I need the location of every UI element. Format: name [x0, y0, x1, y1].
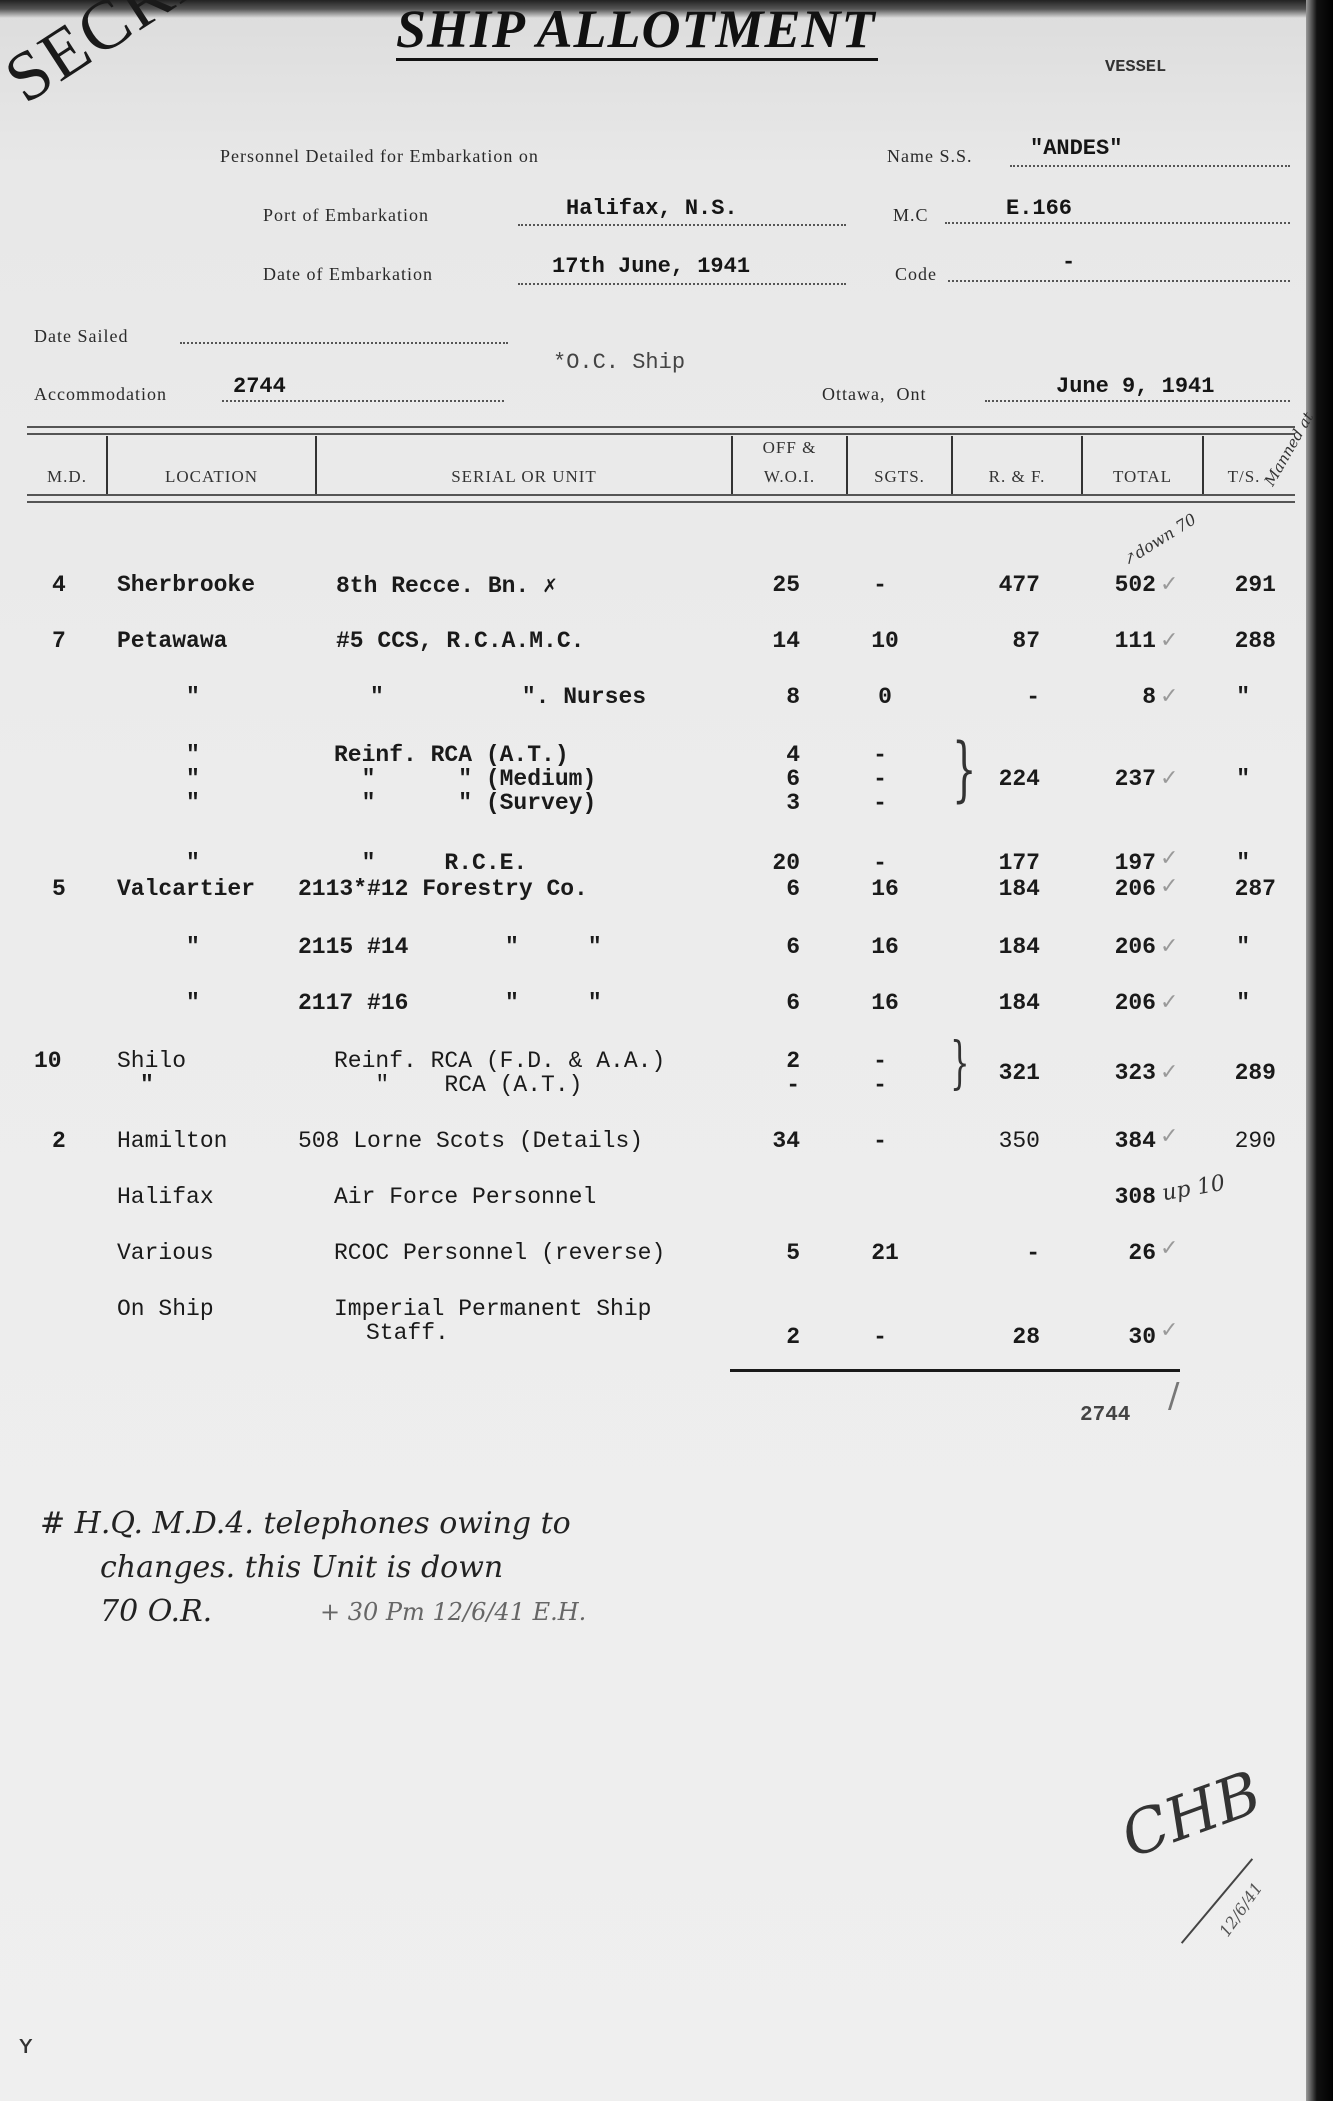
header-off-line2: W.O.I.: [733, 467, 846, 487]
cell-location: ": [186, 990, 200, 1016]
header-unit: SERIAL OR UNIT: [317, 467, 731, 487]
cell-sgts: -: [860, 1048, 900, 1074]
check-mark-icon: /: [1168, 1376, 1179, 1416]
header-off-line1: OFF &: [733, 438, 846, 458]
cell-sgts: 21: [860, 1240, 910, 1266]
cell-location: Valcartier: [117, 876, 255, 902]
cell-location: ": [186, 934, 200, 960]
cell-off: 3: [740, 790, 800, 816]
note-line: changes. this Unit is down: [100, 1550, 503, 1585]
cell-rf: 321: [960, 1060, 1040, 1086]
cell-off: 6: [740, 766, 800, 792]
scan-mark: ʏ: [18, 2030, 34, 2060]
header-sgts: SGTS.: [848, 467, 951, 487]
port-value: Halifax, N.S.: [566, 196, 738, 221]
code-dotline: [948, 280, 1290, 282]
cell-total: 206: [1080, 990, 1156, 1016]
grand-total: 2744: [1080, 1404, 1130, 1427]
cell-ts: 287: [1200, 876, 1276, 902]
cell-rf: 477: [960, 572, 1040, 598]
cell-off: 6: [740, 990, 800, 1016]
cell-total: 384: [1080, 1128, 1156, 1154]
cell-ts: ": [1200, 766, 1250, 792]
cell-ts: 289: [1200, 1060, 1276, 1086]
check-mark-icon: ✓: [1160, 1124, 1178, 1149]
note-line: + 30 Pm 12/6/41 E.H.: [320, 1598, 586, 1626]
header-location: LOCATION: [108, 467, 315, 487]
cell-location: Various: [117, 1240, 214, 1266]
cell-sgts: -: [860, 742, 900, 768]
date-embarkation-label: Date of Embarkation: [263, 264, 433, 285]
cell-unit: 8th Recce. Bn. ✗: [336, 572, 557, 599]
port-dotline: [518, 224, 846, 226]
cell-off: 6: [740, 876, 800, 902]
cell-off: 14: [740, 628, 800, 654]
accommodation-label: Accommodation: [34, 384, 167, 405]
cell-unit: RCOC Personnel (reverse): [334, 1240, 665, 1266]
cell-total: 237: [1080, 766, 1156, 792]
cell-unit: 2113*#12 Forestry Co.: [298, 876, 588, 902]
cell-rf: -: [960, 1240, 1040, 1266]
cell-ts: ": [1200, 934, 1250, 960]
cell-unit: " RCA (A.T.): [334, 1072, 582, 1098]
oc-ship-note: *O.C. Ship: [553, 350, 685, 375]
cell-unit: Reinf. RCA (F.D. & A.A.): [334, 1048, 665, 1074]
cell-ts: 288: [1200, 628, 1276, 654]
check-mark-icon: ✓: [1160, 1060, 1178, 1085]
cell-ts: ": [1200, 850, 1250, 876]
check-mark-icon: ✓: [1160, 1318, 1178, 1343]
cell-rf: 87: [960, 628, 1040, 654]
cell-rf: -: [960, 684, 1040, 710]
sum-rule: [730, 1369, 1180, 1372]
cell-md: 2: [52, 1128, 66, 1154]
cell-sgts: -: [860, 1128, 900, 1154]
cell-location: ": [186, 742, 200, 768]
cell-total: 323: [1080, 1060, 1156, 1086]
cell-unit-continued: Staff.: [366, 1320, 449, 1346]
cell-unit: #5 CCS, R.C.A.M.C.: [336, 628, 584, 654]
cell-off: 25: [740, 572, 800, 598]
check-mark-icon: ✓: [1160, 572, 1178, 597]
cell-sgts: -: [860, 766, 900, 792]
cell-location: Sherbrooke: [117, 572, 255, 598]
cell-off: 6: [740, 934, 800, 960]
cell-rf: 28: [960, 1324, 1040, 1350]
cell-sgts: 16: [860, 876, 910, 902]
cell-total: 206: [1080, 876, 1156, 902]
cell-off: -: [740, 1072, 800, 1098]
cell-total: 206: [1080, 934, 1156, 960]
cell-unit: " R.C.E.: [334, 850, 527, 876]
cell-unit: " " (Survey): [334, 790, 596, 816]
note-line: 70 O.R.: [100, 1594, 212, 1629]
cell-total: 308: [1080, 1184, 1156, 1210]
cell-rf: 177: [960, 850, 1040, 876]
check-mark-icon: ✓: [1160, 684, 1178, 709]
mc-label: M.C: [893, 205, 929, 226]
accommodation-dotline: [222, 400, 504, 402]
cell-unit: Imperial Permanent Ship: [334, 1296, 651, 1322]
cell-sgts: -: [860, 790, 900, 816]
personnel-label: Personnel Detailed for Embarkation on: [220, 146, 539, 167]
cell-rf: 184: [960, 990, 1040, 1016]
check-mark-icon: ✓: [1160, 934, 1178, 959]
cell-location: ": [140, 1072, 154, 1098]
cell-unit: Air Force Personnel: [334, 1184, 596, 1210]
date-sailed-label: Date Sailed: [34, 326, 128, 347]
date-embarkation-dotline: [518, 283, 846, 285]
cell-off: 34: [740, 1128, 800, 1154]
mc-value: E.166: [1006, 196, 1072, 221]
check-mark-icon: ✓: [1160, 766, 1178, 791]
cell-off: 8: [740, 684, 800, 710]
cell-total: 197: [1080, 850, 1156, 876]
table-header-bottom-rule: [27, 494, 1295, 503]
cell-ts: ": [1200, 684, 1250, 710]
cell-total: 502: [1080, 572, 1156, 598]
cell-md: 10: [34, 1048, 62, 1074]
cell-location: ": [186, 684, 200, 710]
cell-off: 2: [740, 1048, 800, 1074]
cell-location: Petawawa: [117, 628, 227, 654]
cell-sgts: 16: [860, 990, 910, 1016]
cell-unit: Reinf. RCA (A.T.): [334, 742, 569, 768]
cell-ts: 291: [1200, 572, 1276, 598]
ship-name-label: Name S.S.: [887, 146, 973, 167]
cell-md: 4: [52, 572, 66, 598]
code-value: -: [1062, 250, 1075, 275]
cell-sgts: 16: [860, 934, 910, 960]
cell-unit: " ". Nurses: [370, 684, 646, 710]
vessel-label: VESSEL: [1105, 58, 1166, 77]
cell-rf: 350: [960, 1128, 1040, 1154]
cell-off: 5: [740, 1240, 800, 1266]
scan-right-edge: [1306, 0, 1333, 2101]
cell-unit: 2117 #16 " ": [298, 990, 602, 1016]
cell-sgts: -: [860, 1072, 900, 1098]
cell-unit: " " (Medium): [334, 766, 596, 792]
cell-sgts: 10: [860, 628, 910, 654]
cell-location: Shilo: [117, 1048, 186, 1074]
cell-location: Halifax: [117, 1184, 214, 1210]
header-total: TOTAL: [1083, 467, 1202, 487]
header-md: M.D.: [28, 467, 106, 487]
note-line: # H.Q. M.D.4. telephones owing to: [40, 1506, 571, 1541]
cell-location: On Ship: [117, 1296, 214, 1322]
cell-off: 20: [740, 850, 800, 876]
document-title: SHIP ALLOTMENT: [396, 0, 878, 61]
accommodation-value: 2744: [233, 374, 286, 399]
cell-sgts: 0: [860, 684, 910, 710]
cell-sgts: -: [860, 1324, 900, 1350]
ship-name-value: "ANDES": [1030, 136, 1122, 161]
code-label: Code: [895, 264, 937, 285]
right-brace: }: [952, 734, 977, 804]
cell-rf: 184: [960, 934, 1040, 960]
place-dotline: [985, 400, 1290, 402]
cell-total: 111: [1080, 628, 1156, 654]
cell-location: ": [186, 766, 200, 792]
date-sailed-dotline: [180, 342, 508, 344]
cell-md: 5: [52, 876, 66, 902]
cell-unit: 2115 #14 " ": [298, 934, 602, 960]
cell-off: 2: [740, 1324, 800, 1350]
check-mark-icon: ✓: [1160, 1236, 1178, 1261]
ship-name-dotline: [1010, 165, 1290, 167]
cell-rf: 184: [960, 876, 1040, 902]
check-mark-icon: ✓: [1160, 846, 1178, 871]
cell-total: 30: [1080, 1324, 1156, 1350]
cell-unit: 508 Lorne Scots (Details): [298, 1128, 643, 1154]
cell-total: 26: [1080, 1240, 1156, 1266]
check-mark-icon: ✓: [1160, 628, 1178, 653]
table-top-rule: [27, 426, 1295, 435]
cell-md: 7: [52, 628, 66, 654]
cell-total: 8: [1080, 684, 1156, 710]
header-rf: R. & F.: [953, 467, 1081, 487]
date-embarkation-value: 17th June, 1941: [552, 254, 750, 279]
cell-location: ": [186, 850, 200, 876]
cell-off: 4: [740, 742, 800, 768]
place-date-value: June 9, 1941: [1056, 374, 1214, 399]
check-mark-icon: ✓: [1160, 874, 1178, 899]
cell-sgts: -: [860, 572, 900, 598]
mc-dotline: [945, 222, 1290, 224]
place-label: Ottawa, Ont: [822, 384, 926, 405]
cell-ts: ": [1200, 990, 1250, 1016]
cell-location: ": [186, 790, 200, 816]
cell-ts: 290: [1200, 1128, 1276, 1154]
cell-location: Hamilton: [117, 1128, 227, 1154]
port-label: Port of Embarkation: [263, 205, 429, 226]
cell-sgts: -: [860, 850, 900, 876]
check-mark-icon: ✓: [1160, 990, 1178, 1015]
